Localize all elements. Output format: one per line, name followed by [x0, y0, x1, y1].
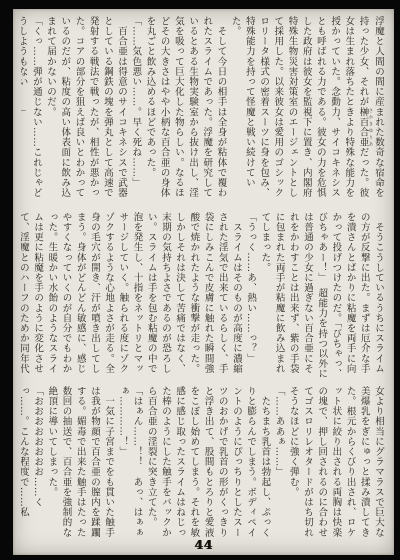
- scan-black-frame: { "page": { "number": "44", "protagonist…: [0, 0, 400, 560]
- text-band-top: 浮魔と人間の間に産まれた数奇な宿命を持った少女、それが榊百合亜さかきゆりあだった…: [21, 16, 385, 204]
- band1-text-after-name: だった。彼女は生まれ落ちたときより特殊な能力を授かっていた。念動力、サイコキネシ…: [21, 16, 369, 198]
- text-band-middle: そうこうしているうちにスライムの方が反撃に出た。まずは厄介な手を潰さんとばかりに…: [21, 212, 385, 382]
- band2-text: そうこうしているうちにスライムの方が反撃に出た。まずは厄介な手を潰さんとばかりに…: [21, 212, 384, 379]
- page-number: 44: [13, 537, 394, 552]
- protagonist-name-ruby: 榊百合亜さかきゆりあ: [358, 107, 369, 147]
- page-scan: 浮魔と人間の間に産まれた数奇な宿命を持った少女、それが榊百合亜さかきゆりあだった…: [13, 9, 394, 555]
- text-band-bottom: 女より相当にグラマラスで巨大な美爆乳をぎにゅっと揉み潰してきた。根元からくびり出…: [21, 386, 385, 542]
- protagonist-name: 榊百合亜: [358, 107, 369, 147]
- protagonist-furigana: さかきゆりあ: [368, 107, 373, 147]
- band3-text: 女より相当にグラマラスで巨大な美爆乳をぎにゅっと揉み潰してきた。根元からくびり出…: [21, 386, 384, 538]
